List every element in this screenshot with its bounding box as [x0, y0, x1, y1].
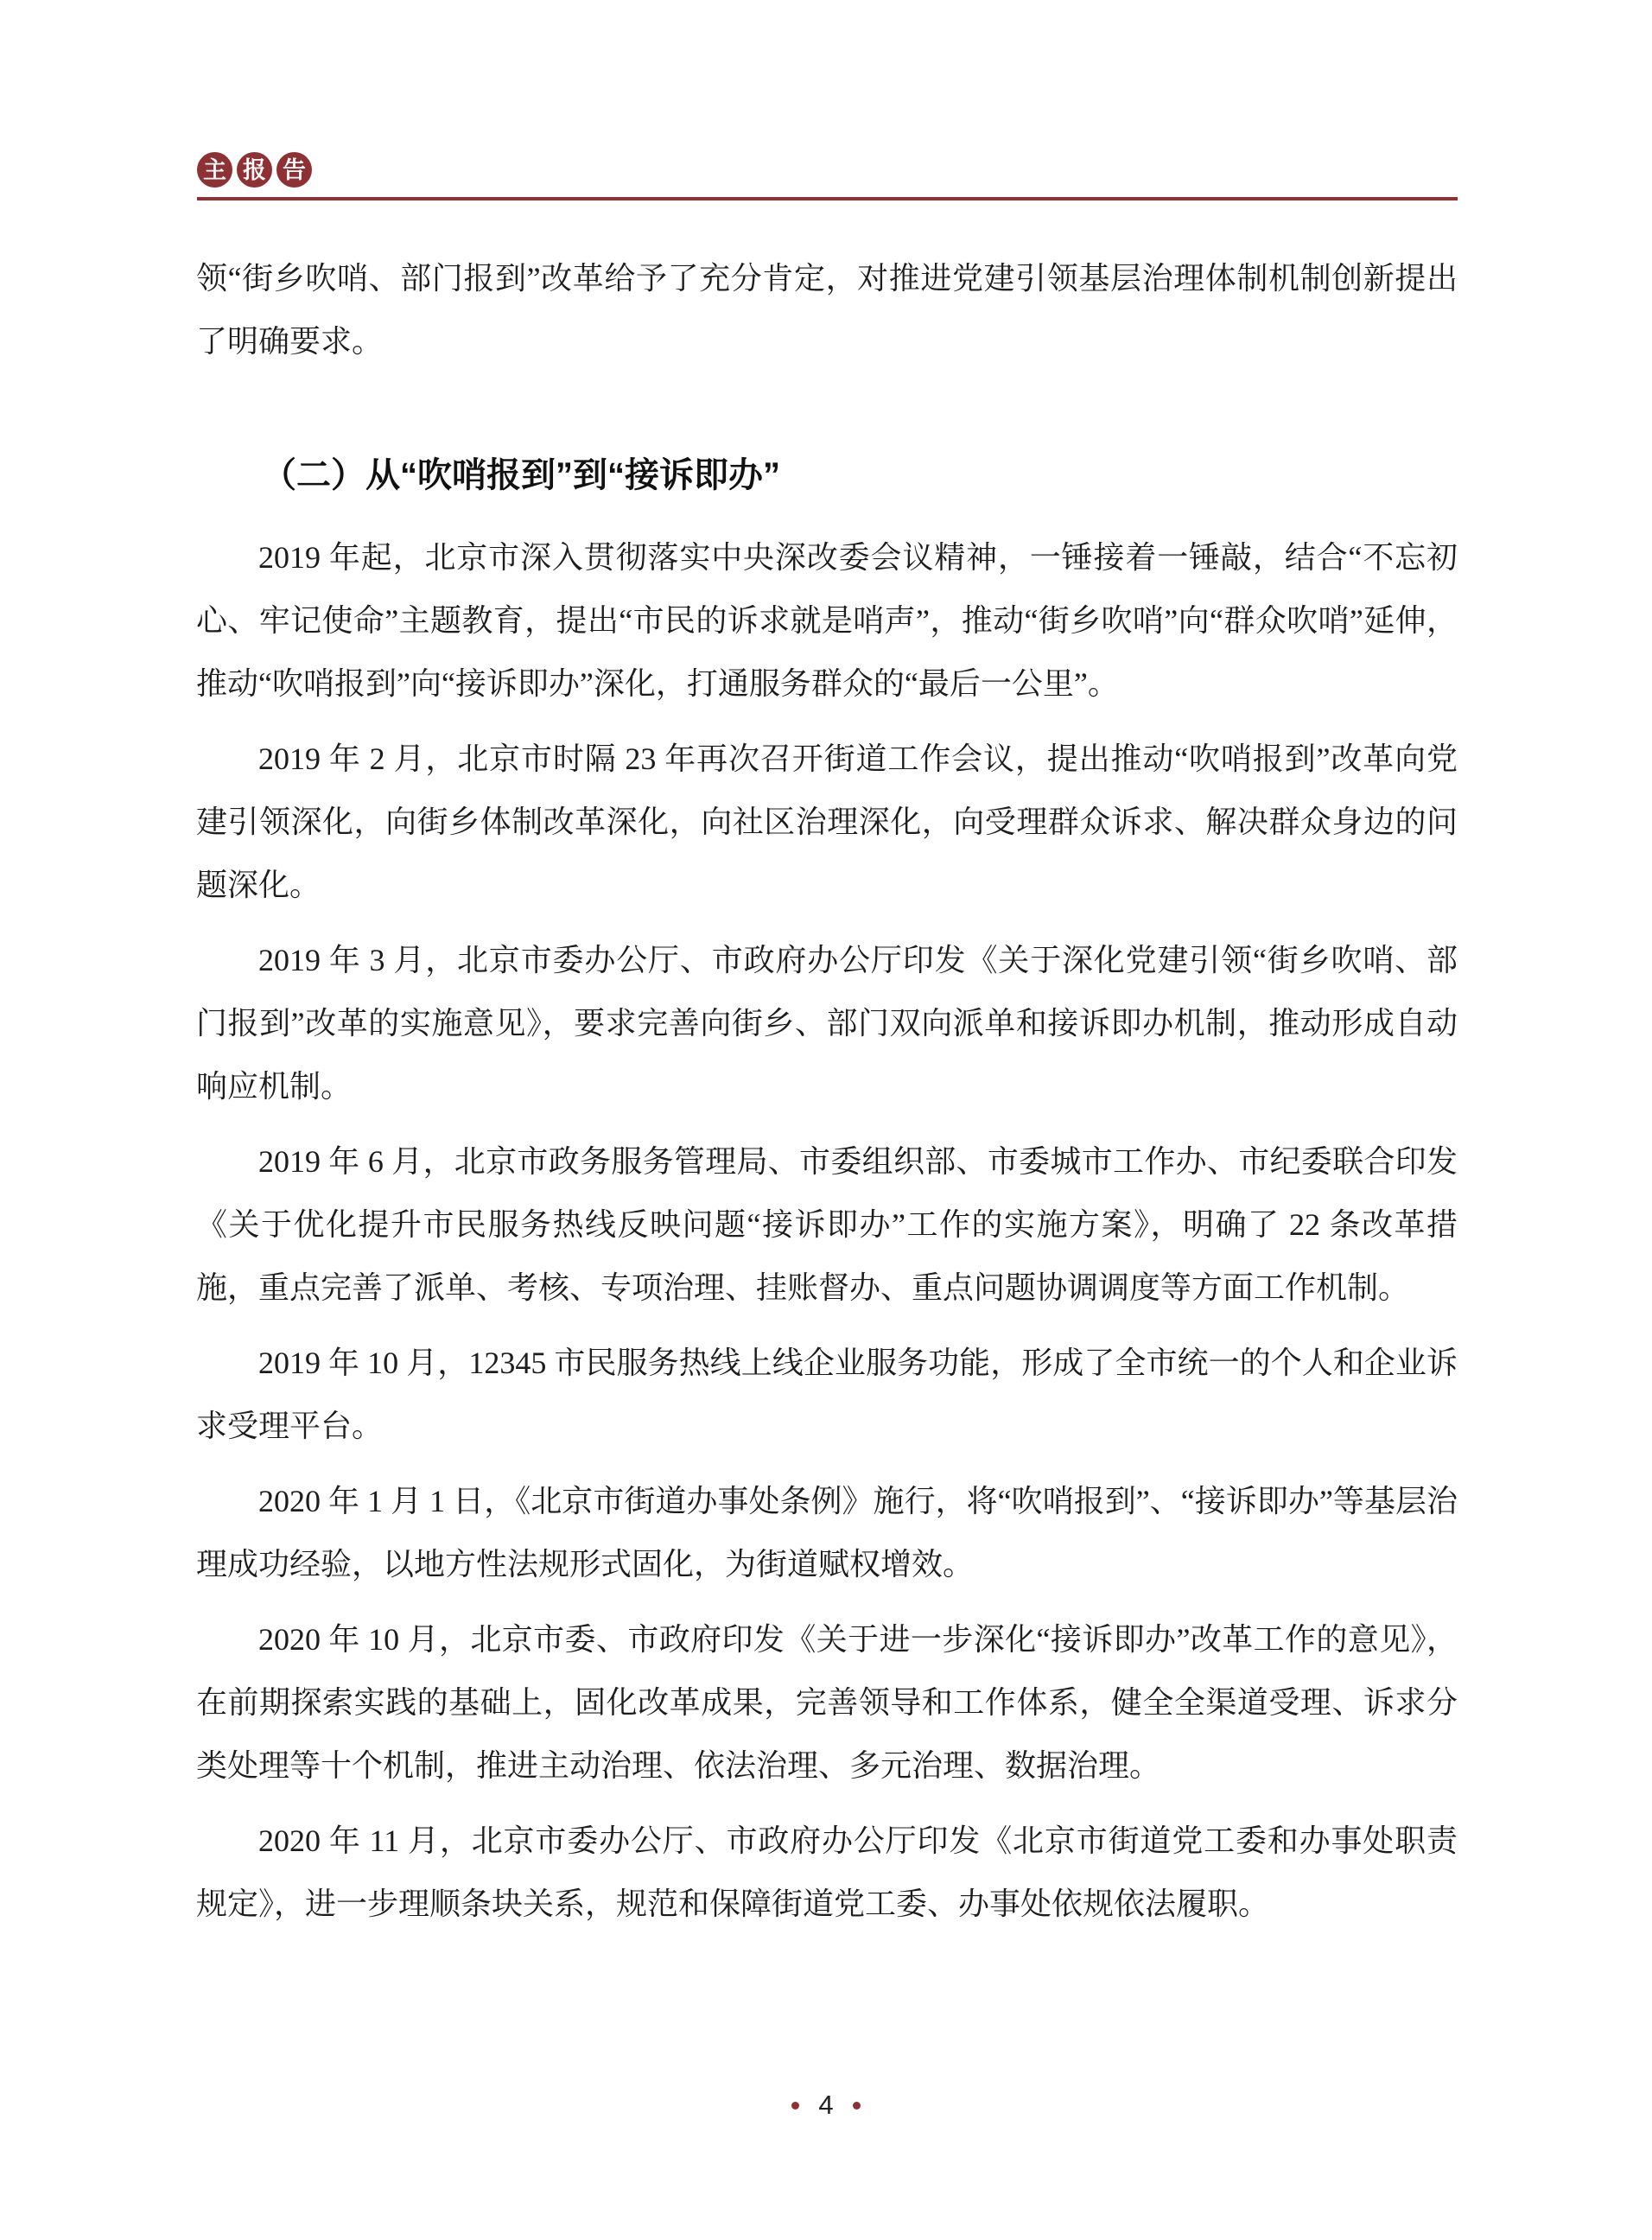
- page-footer: 4: [0, 2086, 1652, 2124]
- body-paragraph: 2019 年起，北京市深入贯彻落实中央深改委会议精神，一锤接着一锤敲，结合“不忘…: [196, 526, 1458, 716]
- body-paragraph: 2020 年 11 月，北京市委办公厅、市政府办公厅印发《北京市街道党工委和办事…: [196, 1810, 1458, 1936]
- body-paragraph: 2020 年 1 月 1 日，《北京市街道办事处条例》施行，将“吹哨报到”、“接…: [196, 1470, 1458, 1596]
- report-page: 主 报 告 领“街乡吹哨、部门报到”改革给予了充分肯定，对推进党建引领基层治理体…: [0, 0, 1652, 2240]
- body-paragraph: 2019 年 6 月，北京市政务服务管理局、市委组织部、市委城市工作办、市纪委联…: [196, 1130, 1458, 1320]
- body-paragraph: 2019 年 10 月，12345 市民服务热线上线企业服务功能，形成了全市统一…: [196, 1332, 1458, 1458]
- body-paragraph: 2020 年 10 月，北京市委、市政府印发《关于进一步深化“接诉即办”改革工作…: [196, 1608, 1458, 1798]
- page-number: 4: [818, 2086, 833, 2124]
- body-paragraph: 2019 年 3 月，北京市委办公厅、市政府办公厅印发《关于深化党建引领“街乡吹…: [196, 929, 1458, 1118]
- logo-seal-char: 告: [276, 152, 312, 188]
- document-body: 领“街乡吹哨、部门报到”改革给予了充分肯定，对推进党建引领基层治理体制机制创新提…: [196, 247, 1458, 1948]
- section-heading: （二）从“吹哨报到”到“接诉即办”: [196, 444, 1458, 507]
- header-rule: [197, 197, 1458, 200]
- report-logo: 主 报 告: [197, 152, 312, 188]
- paragraph-list: 2019 年起，北京市深入贯彻落实中央深改委会议精神，一锤接着一锤敲，结合“不忘…: [196, 526, 1458, 1936]
- footer-dot-icon: [791, 2102, 799, 2110]
- logo-seal-char: 主: [197, 152, 232, 188]
- continuation-paragraph: 领“街乡吹哨、部门报到”改革给予了充分肯定，对推进党建引领基层治理体制机制创新提…: [196, 247, 1458, 373]
- logo-seal-char: 报: [237, 152, 272, 188]
- body-paragraph: 2019 年 2 月，北京市时隔 23 年再次召开街道工作会议，提出推动“吹哨报…: [196, 728, 1458, 917]
- footer-dot-icon: [853, 2102, 861, 2110]
